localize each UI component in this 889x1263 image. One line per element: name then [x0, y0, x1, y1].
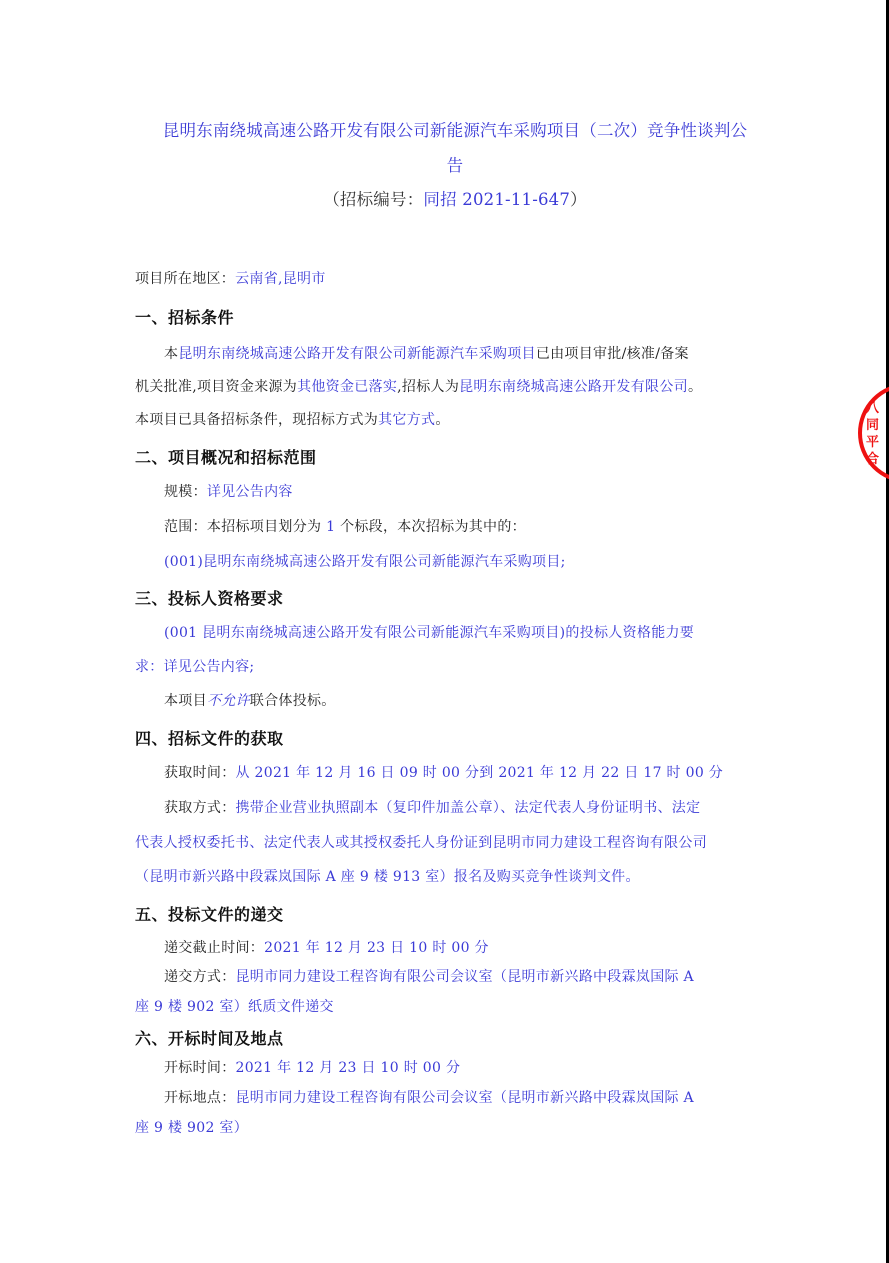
text: 昆明市同力建设工程咨询有限公司会议室（昆明市新兴路中段霖岚国际 A — [236, 969, 694, 985]
section-1-heading: 一、招标条件 — [135, 305, 234, 328]
section-6-heading: 六、开标时间及地点 — [135, 1026, 284, 1049]
region-label: 项目所在地区： — [135, 271, 235, 287]
qualification-line-2: 求：详见公告内容; — [135, 656, 254, 676]
text: ,招标人为 — [397, 379, 459, 395]
text: 昆明市同力建设工程咨询有限公司会议室（昆明市新兴路中段霖岚国际 A — [236, 1090, 694, 1106]
opening-place-line-2: 座 9 楼 902 室） — [135, 1117, 248, 1137]
section-2-heading: 二、项目概况和招标范围 — [135, 445, 317, 468]
scale-label: 规模： — [164, 484, 207, 500]
document-title-continuation: 告 — [130, 152, 780, 176]
text: 已由项目审批/核准/备案 — [536, 346, 689, 362]
text: 个标段，本次招标为其中的： — [340, 519, 526, 535]
text: 联合体投标。 — [250, 693, 336, 709]
acquire-method-line-2: 代表人授权委托书、法定代表人或其授权委托人身份证到昆明市同力建设工程咨询有限公司 — [135, 832, 707, 852]
seal-char: 八 — [866, 400, 888, 417]
text: 范围：本招标项目划分为 — [164, 519, 321, 535]
s1-paragraph-line-1: 本昆明东南绕城高速公路开发有限公司新能源汽车采购项目已由项目审批/核准/备案 — [164, 343, 689, 363]
section-4-heading: 四、招标文件的获取 — [135, 726, 284, 749]
tender-number-value: 同招 2021-11-647 — [423, 190, 570, 209]
tenderer-name: 昆明东南绕城高速公路开发有限公司 — [459, 379, 688, 395]
seal-char: 合 — [866, 451, 888, 468]
text: 。 — [688, 379, 702, 395]
acquire-time-label: 获取时间： — [164, 765, 236, 781]
text: 本项目 — [164, 693, 207, 709]
lot-count: 1 — [326, 519, 335, 535]
seal-char: 同 — [866, 417, 888, 434]
project-region: 项目所在地区：云南省,昆明市 — [135, 268, 326, 288]
s1-paragraph-line-3: 本项目已具备招标条件，现招标方式为其它方式。 — [135, 409, 450, 429]
acquire-method-line-3: （昆明市新兴路中段霖岚国际 A 座 9 楼 913 室）报名及购买竞争性谈判文件… — [135, 866, 640, 886]
s1-paragraph-line-2: 机关批准,项目资金来源为其他资金已落实,招标人为昆明东南绕城高速公路开发有限公司… — [135, 376, 702, 396]
submit-method-label: 递交方式： — [164, 969, 236, 985]
text: 本 — [164, 346, 178, 362]
scale-value: 详见公告内容 — [207, 484, 293, 500]
seal-char: 平 — [866, 434, 888, 451]
acquire-time-line: 获取时间：从 2021 年 12 月 16 日 09 时 00 分到 2021 … — [164, 762, 723, 782]
submit-method-line-1: 递交方式：昆明市同力建设工程咨询有限公司会议室（昆明市新兴路中段霖岚国际 A — [164, 966, 694, 986]
section-3-heading: 三、投标人资格要求 — [135, 586, 284, 609]
tender-number-prefix: （招标编号： — [323, 190, 423, 209]
submit-method-line-2: 座 9 楼 902 室）纸质文件递交 — [135, 996, 334, 1016]
text: 。 — [435, 412, 449, 428]
joint-bid-line: 本项目不允许联合体投标。 — [164, 690, 336, 710]
acquire-time-value: 从 2021 年 12 月 16 日 09 时 00 分到 2021 年 12 … — [236, 765, 724, 781]
scale-line: 规模：详见公告内容 — [164, 481, 293, 501]
joint-bid-status: 不允许 — [207, 693, 250, 709]
deadline-value: 2021 年 12 月 23 日 10 时 00 分 — [264, 940, 489, 956]
opening-time-value: 2021 年 12 月 23 日 10 时 00 分 — [236, 1060, 461, 1076]
text: 携带企业营业执照副本（复印件加盖公章）、法定代表人身份证明书、法定 — [236, 800, 701, 816]
tender-number: （招标编号：同招 2021-11-647） — [130, 186, 780, 210]
qualification-project: (001 昆明东南绕城高速公路开发有限公司新能源汽车采购项目) — [164, 625, 565, 641]
deadline-label: 递交截止时间： — [164, 940, 264, 956]
deadline-line: 递交截止时间：2021 年 12 月 23 日 10 时 00 分 — [164, 937, 489, 957]
opening-time-label: 开标时间： — [164, 1060, 236, 1076]
opening-time-line: 开标时间：2021 年 12 月 23 日 10 时 00 分 — [164, 1057, 460, 1077]
document-title: 昆明东南绕城高速公路开发有限公司新能源汽车采购项目（二次）竞争性谈判公 — [130, 117, 780, 141]
seal-text: 八 同 平 合 — [866, 400, 888, 468]
text: 本项目已具备招标条件，现招标方式为 — [135, 412, 378, 428]
qualification-line-1: (001 昆明东南绕城高速公路开发有限公司新能源汽车采购项目)的投标人资格能力要 — [164, 622, 694, 642]
opening-place-label: 开标地点： — [164, 1090, 236, 1106]
acquire-method-line-1: 获取方式：携带企业营业执照副本（复印件加盖公章）、法定代表人身份证明书、法定 — [164, 797, 700, 817]
tender-method: 其它方式 — [378, 412, 435, 428]
project-name: 昆明东南绕城高速公路开发有限公司新能源汽车采购项目 — [178, 346, 536, 362]
scope-line: 范围：本招标项目划分为 1 个标段，本次招标为其中的： — [164, 516, 526, 536]
section-5-heading: 五、投标文件的递交 — [135, 902, 284, 925]
text: 机关批准,项目资金来源为 — [135, 379, 297, 395]
lot-item: (001)昆明东南绕城高速公路开发有限公司新能源汽车采购项目; — [164, 551, 566, 571]
fund-source: 其他资金已落实 — [297, 379, 397, 395]
tender-number-suffix: ） — [570, 190, 587, 209]
acquire-method-label: 获取方式： — [164, 800, 236, 816]
region-value: 云南省,昆明市 — [235, 271, 326, 287]
text: 的投标人资格能力要 — [565, 625, 694, 641]
opening-place-line-1: 开标地点：昆明市同力建设工程咨询有限公司会议室（昆明市新兴路中段霖岚国际 A — [164, 1087, 694, 1107]
